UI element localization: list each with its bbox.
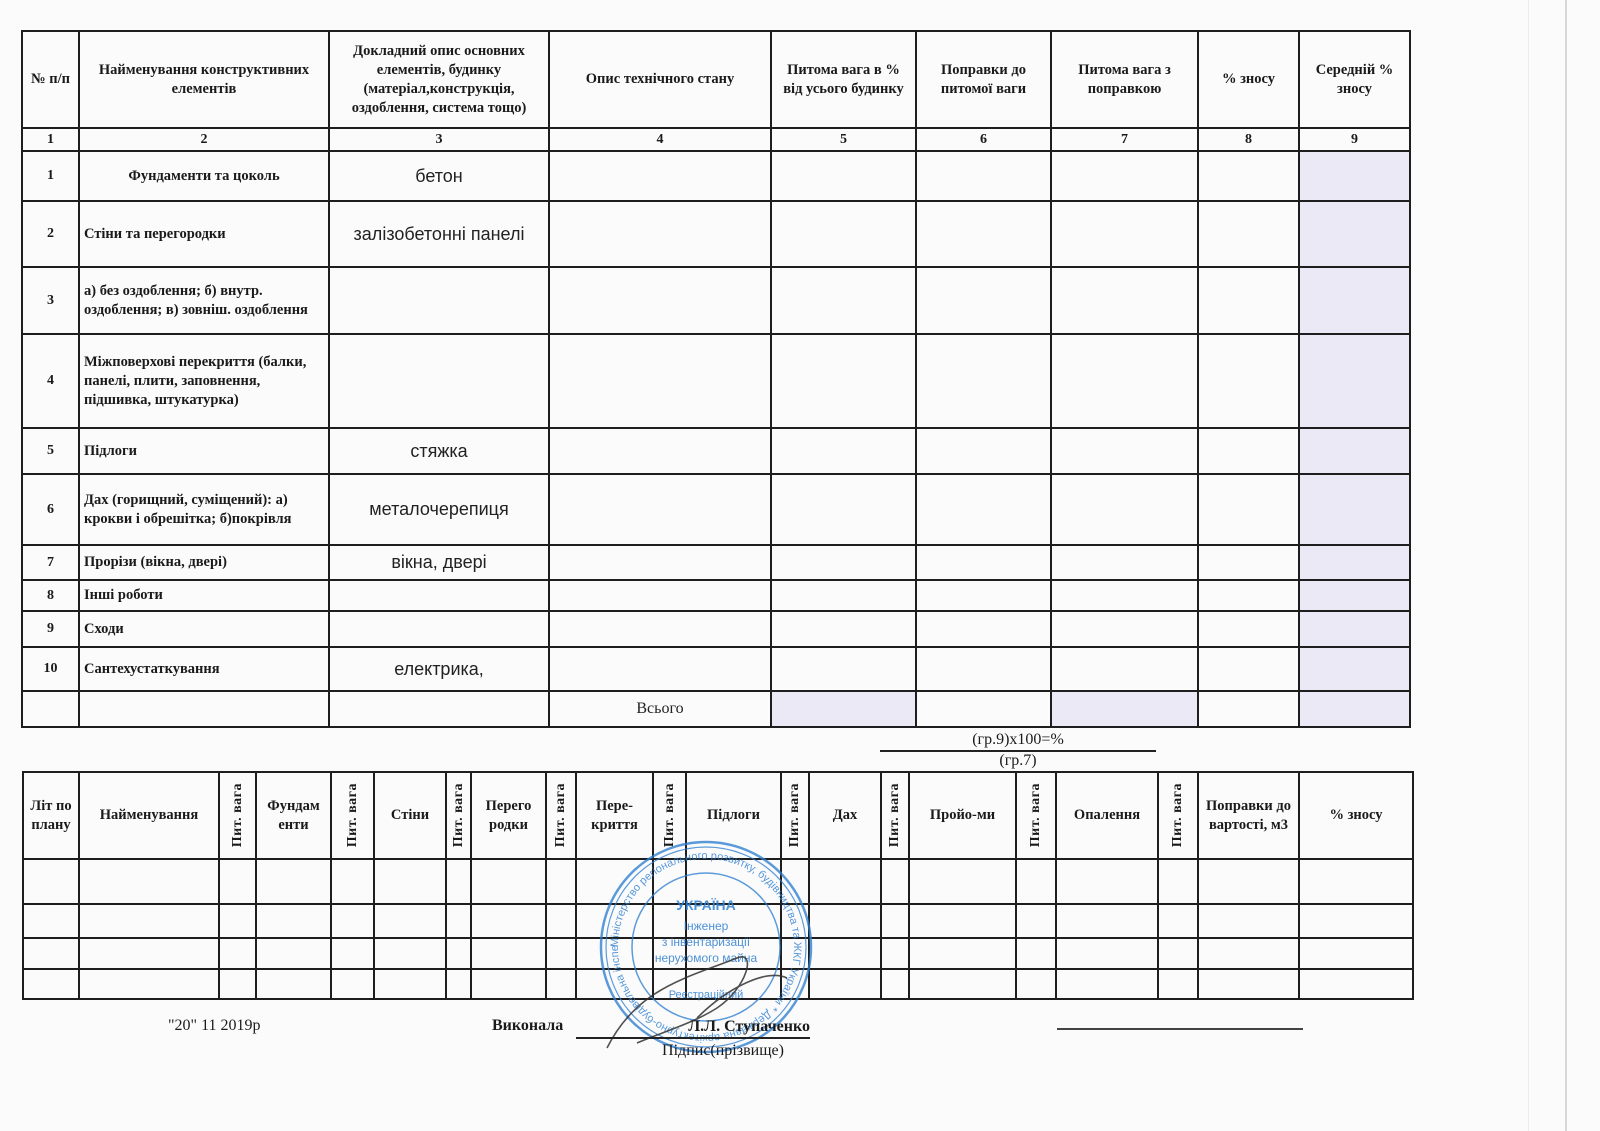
element-name: Фундаменти та цоколь [79, 151, 329, 201]
empty-cell[interactable] [446, 904, 471, 938]
empty-cell[interactable] [79, 969, 219, 999]
cell [79, 691, 329, 727]
scan-edge [1565, 0, 1567, 1131]
empty-cell[interactable] [1158, 938, 1198, 969]
empty-cell[interactable] [23, 969, 79, 999]
header-weight-corrections: Поправки до питомої ваги [916, 31, 1051, 128]
technical-state-cell[interactable] [549, 647, 771, 691]
average-wear-cell[interactable] [1299, 428, 1410, 474]
average-wear-cell[interactable] [1299, 611, 1410, 647]
specific-weight-cell[interactable] [771, 647, 916, 691]
empty-cell[interactable] [1198, 859, 1299, 904]
column-number: 9 [1299, 128, 1410, 151]
element-description: електрика, [329, 647, 549, 691]
performed-by-label: Виконала [492, 1017, 563, 1035]
element-description: стяжка [329, 428, 549, 474]
signature-caption: Підпис(прізвище) [576, 1042, 810, 1060]
table-row: 1Фундаменти та цокольбетон [22, 151, 1410, 201]
empty-cell[interactable] [809, 969, 881, 999]
row-number: 10 [22, 647, 79, 691]
svg-text:УКРАЇНА: УКРАЇНА [676, 897, 736, 913]
wear-percent-cell[interactable] [1198, 647, 1299, 691]
wear-percent-cell[interactable] [1198, 334, 1299, 428]
element-description [329, 334, 549, 428]
empty-cell[interactable] [256, 859, 331, 904]
empty-cell[interactable] [546, 969, 576, 999]
row-number: 4 [22, 334, 79, 428]
header-column: Пройо-ми [909, 772, 1016, 859]
column-number: 8 [1198, 128, 1299, 151]
svg-text:з інвентаризації: з інвентаризації [662, 935, 751, 949]
weight-correction-cell[interactable] [916, 647, 1051, 691]
technical-state-cell[interactable] [549, 428, 771, 474]
corrected-weight-cell[interactable] [1051, 647, 1198, 691]
svg-text:Інженер: Інженер [684, 919, 729, 933]
header-row: № п/п Найменування конструктивних елемен… [22, 31, 1410, 128]
empty-cell[interactable] [256, 904, 331, 938]
element-description [329, 611, 549, 647]
element-name: Сходи [79, 611, 329, 647]
technical-state-cell[interactable] [549, 334, 771, 428]
empty-cell[interactable] [1158, 859, 1198, 904]
header-label: Пит. вага [451, 783, 467, 847]
corrected-weight-cell[interactable] [1051, 474, 1198, 545]
total-corrections[interactable] [916, 691, 1051, 727]
wear-percent-cell[interactable] [1198, 428, 1299, 474]
table-row: 4Міжповерхові перекриття (балки, панелі,… [22, 334, 1410, 428]
header-label: Пит. вага [553, 783, 569, 847]
svg-text:нерухомого майна: нерухомого майна [655, 951, 758, 965]
formula-denominator: (гр.7) [880, 752, 1156, 770]
empty-cell[interactable] [809, 859, 881, 904]
empty-cell[interactable] [471, 859, 546, 904]
wear-percent-cell[interactable] [1198, 201, 1299, 267]
empty-cell[interactable] [331, 859, 374, 904]
column-number: 1 [22, 128, 79, 151]
element-name: Підлоги [79, 428, 329, 474]
average-wear-cell[interactable] [1299, 267, 1410, 334]
empty-cell[interactable] [219, 904, 256, 938]
empty-cell[interactable] [471, 904, 546, 938]
corrected-weight-cell[interactable] [1051, 334, 1198, 428]
column-number: 2 [79, 128, 329, 151]
corrected-weight-cell[interactable] [1051, 151, 1198, 201]
column-number: 7 [1051, 128, 1198, 151]
element-name: Сантехустаткування [79, 647, 329, 691]
empty-cell[interactable] [1056, 859, 1158, 904]
table-row: 10Сантехустаткуванняелектрика, [22, 647, 1410, 691]
empty-cell[interactable] [23, 938, 79, 969]
empty-cell[interactable] [909, 904, 1016, 938]
specific-weight-cell[interactable] [771, 474, 916, 545]
empty-cell[interactable] [1056, 969, 1158, 999]
weight-correction-cell[interactable] [916, 334, 1051, 428]
document-date: "20" 11 2019р [168, 1017, 260, 1035]
element-description: вікна, двері [329, 545, 549, 580]
empty-cell[interactable] [546, 904, 576, 938]
cell [329, 691, 549, 727]
empty-cell[interactable] [809, 938, 881, 969]
average-wear-cell[interactable] [1299, 334, 1410, 428]
header-technical-state: Опис технічного стану [549, 31, 771, 128]
wear-percent-cell[interactable] [1198, 611, 1299, 647]
row-number: 2 [22, 201, 79, 267]
empty-cell[interactable] [546, 859, 576, 904]
weight-correction-cell[interactable] [916, 151, 1051, 201]
element-name: Дах (горищний, суміщений): а) крокви і о… [79, 474, 329, 545]
wear-percent-cell[interactable] [1198, 267, 1299, 334]
header-column: Найменування [79, 772, 219, 859]
header-label: Пит. вага [345, 783, 361, 847]
technical-state-cell[interactable] [549, 580, 771, 611]
empty-cell[interactable] [546, 938, 576, 969]
specific-weight-cell[interactable] [771, 611, 916, 647]
technical-state-cell[interactable] [549, 474, 771, 545]
empty-cell[interactable] [1056, 904, 1158, 938]
corrected-weight-cell[interactable] [1051, 428, 1198, 474]
empty-cell[interactable] [331, 969, 374, 999]
weight-correction-cell[interactable] [916, 611, 1051, 647]
empty-cell[interactable] [1016, 859, 1056, 904]
header-specific-weight: Пит. вага [1158, 772, 1198, 859]
empty-cell[interactable] [374, 938, 446, 969]
column-number: 6 [916, 128, 1051, 151]
empty-cell[interactable] [1056, 938, 1158, 969]
specific-weight-cell[interactable] [771, 151, 916, 201]
header-wear-percent: % зносу [1198, 31, 1299, 128]
corrected-weight-cell[interactable] [1051, 201, 1198, 267]
empty-cell[interactable] [881, 938, 909, 969]
empty-cell[interactable] [79, 859, 219, 904]
specific-weight-cell[interactable] [771, 267, 916, 334]
empty-cell[interactable] [881, 859, 909, 904]
header-label: Пит. вага [887, 783, 903, 847]
cell [22, 691, 79, 727]
empty-cell[interactable] [471, 938, 546, 969]
header-label: Пит. вага [1028, 783, 1044, 847]
empty-cell[interactable] [331, 904, 374, 938]
column-number: 4 [549, 128, 771, 151]
empty-cell[interactable] [471, 969, 546, 999]
table-row: 6Дах (горищний, суміщений): а) крокви і … [22, 474, 1410, 545]
scan-edge [1528, 0, 1529, 1131]
wear-percent-cell[interactable] [1198, 151, 1299, 201]
empty-cell[interactable] [219, 969, 256, 999]
header-label: Пит. вага [230, 783, 246, 847]
average-wear-cell[interactable] [1299, 580, 1410, 611]
empty-cell[interactable] [1016, 904, 1056, 938]
row-number: 1 [22, 151, 79, 201]
total-wear[interactable] [1198, 691, 1299, 727]
header-no: № п/п [22, 31, 79, 128]
row-number: 3 [22, 267, 79, 334]
row-number: 6 [22, 474, 79, 545]
empty-cell[interactable] [1158, 969, 1198, 999]
empty-cell[interactable] [446, 859, 471, 904]
corrected-weight-cell[interactable] [1051, 267, 1198, 334]
empty-cell[interactable] [374, 904, 446, 938]
empty-cell[interactable] [1198, 904, 1299, 938]
empty-cell[interactable] [23, 859, 79, 904]
header-column: Літ по плану [23, 772, 79, 859]
average-wear-cell[interactable] [1299, 201, 1410, 267]
technical-state-cell[interactable] [549, 611, 771, 647]
specific-weight-cell[interactable] [771, 545, 916, 580]
table-row: 3а) без оздоблення; б) внутр. оздоблення… [22, 267, 1410, 334]
empty-cell[interactable] [374, 859, 446, 904]
header-column: Дах [809, 772, 881, 859]
element-description: залізобетонні панелі [329, 201, 549, 267]
weight-correction-cell[interactable] [916, 428, 1051, 474]
empty-cell[interactable] [881, 904, 909, 938]
header-specific-weight: Пит. вага [446, 772, 471, 859]
header-label: Пит. вага [1170, 783, 1186, 847]
specific-weight-cell[interactable] [771, 428, 916, 474]
element-name: Інші роботи [79, 580, 329, 611]
total-label: Всього [549, 691, 771, 727]
element-name: а) без оздоблення; б) внутр. оздоблення;… [79, 267, 329, 334]
empty-cell[interactable] [1299, 938, 1413, 969]
specific-weight-cell[interactable] [771, 580, 916, 611]
header-column: Фундам енти [256, 772, 331, 859]
empty-cell[interactable] [909, 938, 1016, 969]
total-row: Всього [22, 691, 1410, 727]
corrected-weight-cell[interactable] [1051, 580, 1198, 611]
header-specific-weight: Пит. вага [331, 772, 374, 859]
formula-numerator: (гр.9)х100=% [880, 730, 1156, 752]
empty-cell[interactable] [1016, 938, 1056, 969]
empty-cell[interactable] [256, 938, 331, 969]
empty-cell[interactable] [809, 904, 881, 938]
technical-state-cell[interactable] [549, 151, 771, 201]
header-column: Опалення [1056, 772, 1158, 859]
corrected-weight-cell[interactable] [1051, 611, 1198, 647]
weight-correction-cell[interactable] [916, 545, 1051, 580]
technical-state-cell[interactable] [549, 267, 771, 334]
header-specific-weight: Питома вага в % від усього будинку [771, 31, 916, 128]
empty-cell[interactable] [1198, 938, 1299, 969]
table-row: 2Стіни та перегородкизалізобетонні панел… [22, 201, 1410, 267]
element-description: металочерепиця [329, 474, 549, 545]
empty-cell[interactable] [23, 904, 79, 938]
header-corrected-weight: Питома вага з поправкою [1051, 31, 1198, 128]
total-specific-weight[interactable] [771, 691, 916, 727]
header-column: Стіни [374, 772, 446, 859]
table-row: 9Сходи [22, 611, 1410, 647]
wear-calculation-table: № п/п Найменування конструктивних елемен… [21, 30, 1411, 728]
element-description: бетон [329, 151, 549, 201]
table-row: 7Прорізи (вікна, двері)вікна, двері [22, 545, 1410, 580]
empty-cell[interactable] [256, 969, 331, 999]
element-description [329, 580, 549, 611]
table-row: 5Підлогистяжка [22, 428, 1410, 474]
header-description: Докладний опис основних елементів, будин… [329, 31, 549, 128]
column-number-row: 1 2 3 4 5 6 7 8 9 [22, 128, 1410, 151]
empty-cell[interactable] [446, 938, 471, 969]
row-number: 5 [22, 428, 79, 474]
row-number: 9 [22, 611, 79, 647]
weight-correction-cell[interactable] [916, 267, 1051, 334]
empty-cell[interactable] [219, 938, 256, 969]
header-column: Перего родки [471, 772, 546, 859]
empty-cell[interactable] [374, 969, 446, 999]
average-wear-cell[interactable] [1299, 151, 1410, 201]
header-average-wear: Середній % зносу [1299, 31, 1410, 128]
total-average-wear[interactable] [1299, 691, 1410, 727]
weight-correction-cell[interactable] [916, 580, 1051, 611]
empty-cell[interactable] [909, 969, 1016, 999]
column-number: 3 [329, 128, 549, 151]
total-corrected-weight[interactable] [1051, 691, 1198, 727]
table-row: 8Інші роботи [22, 580, 1410, 611]
header-element-name: Найменування конструктивних елементів [79, 31, 329, 128]
empty-cell[interactable] [331, 938, 374, 969]
header-specific-weight: Пит. вага [1016, 772, 1056, 859]
signer-name: Л.Л. Ступаченко [576, 1017, 810, 1039]
empty-cell[interactable] [1016, 969, 1056, 999]
signature-line [1057, 1028, 1303, 1030]
specific-weight-cell[interactable] [771, 334, 916, 428]
header-column: Поправки до вартості, м3 [1198, 772, 1299, 859]
empty-cell[interactable] [881, 969, 909, 999]
empty-cell[interactable] [1299, 969, 1413, 999]
row-number: 8 [22, 580, 79, 611]
header-specific-weight: Пит. вага [881, 772, 909, 859]
empty-cell[interactable] [219, 859, 256, 904]
empty-cell[interactable] [1299, 904, 1413, 938]
weight-correction-cell[interactable] [916, 201, 1051, 267]
row-number: 7 [22, 545, 79, 580]
wear-percent-cell[interactable] [1198, 580, 1299, 611]
empty-cell[interactable] [1198, 969, 1299, 999]
wear-percent-cell[interactable] [1198, 474, 1299, 545]
average-wear-cell[interactable] [1299, 647, 1410, 691]
empty-cell[interactable] [1299, 859, 1413, 904]
wear-percent-cell[interactable] [1198, 545, 1299, 580]
column-number: 5 [771, 128, 916, 151]
element-description [329, 267, 549, 334]
header-specific-weight: Пит. вага [219, 772, 256, 859]
empty-cell[interactable] [79, 904, 219, 938]
average-wear-cell[interactable] [1299, 474, 1410, 545]
specific-weight-cell[interactable] [771, 201, 916, 267]
empty-cell[interactable] [79, 938, 219, 969]
header-column: % зносу [1299, 772, 1413, 859]
technical-state-cell[interactable] [549, 201, 771, 267]
empty-cell[interactable] [446, 969, 471, 999]
weight-correction-cell[interactable] [916, 474, 1051, 545]
technical-state-cell[interactable] [549, 545, 771, 580]
element-name: Міжповерхові перекриття (балки, панелі, … [79, 334, 329, 428]
corrected-weight-cell[interactable] [1051, 545, 1198, 580]
average-wear-cell[interactable] [1299, 545, 1410, 580]
empty-cell[interactable] [909, 859, 1016, 904]
empty-cell[interactable] [1158, 904, 1198, 938]
header-specific-weight: Пит. вага [546, 772, 576, 859]
element-name: Стіни та перегородки [79, 201, 329, 267]
element-name: Прорізи (вікна, двері) [79, 545, 329, 580]
